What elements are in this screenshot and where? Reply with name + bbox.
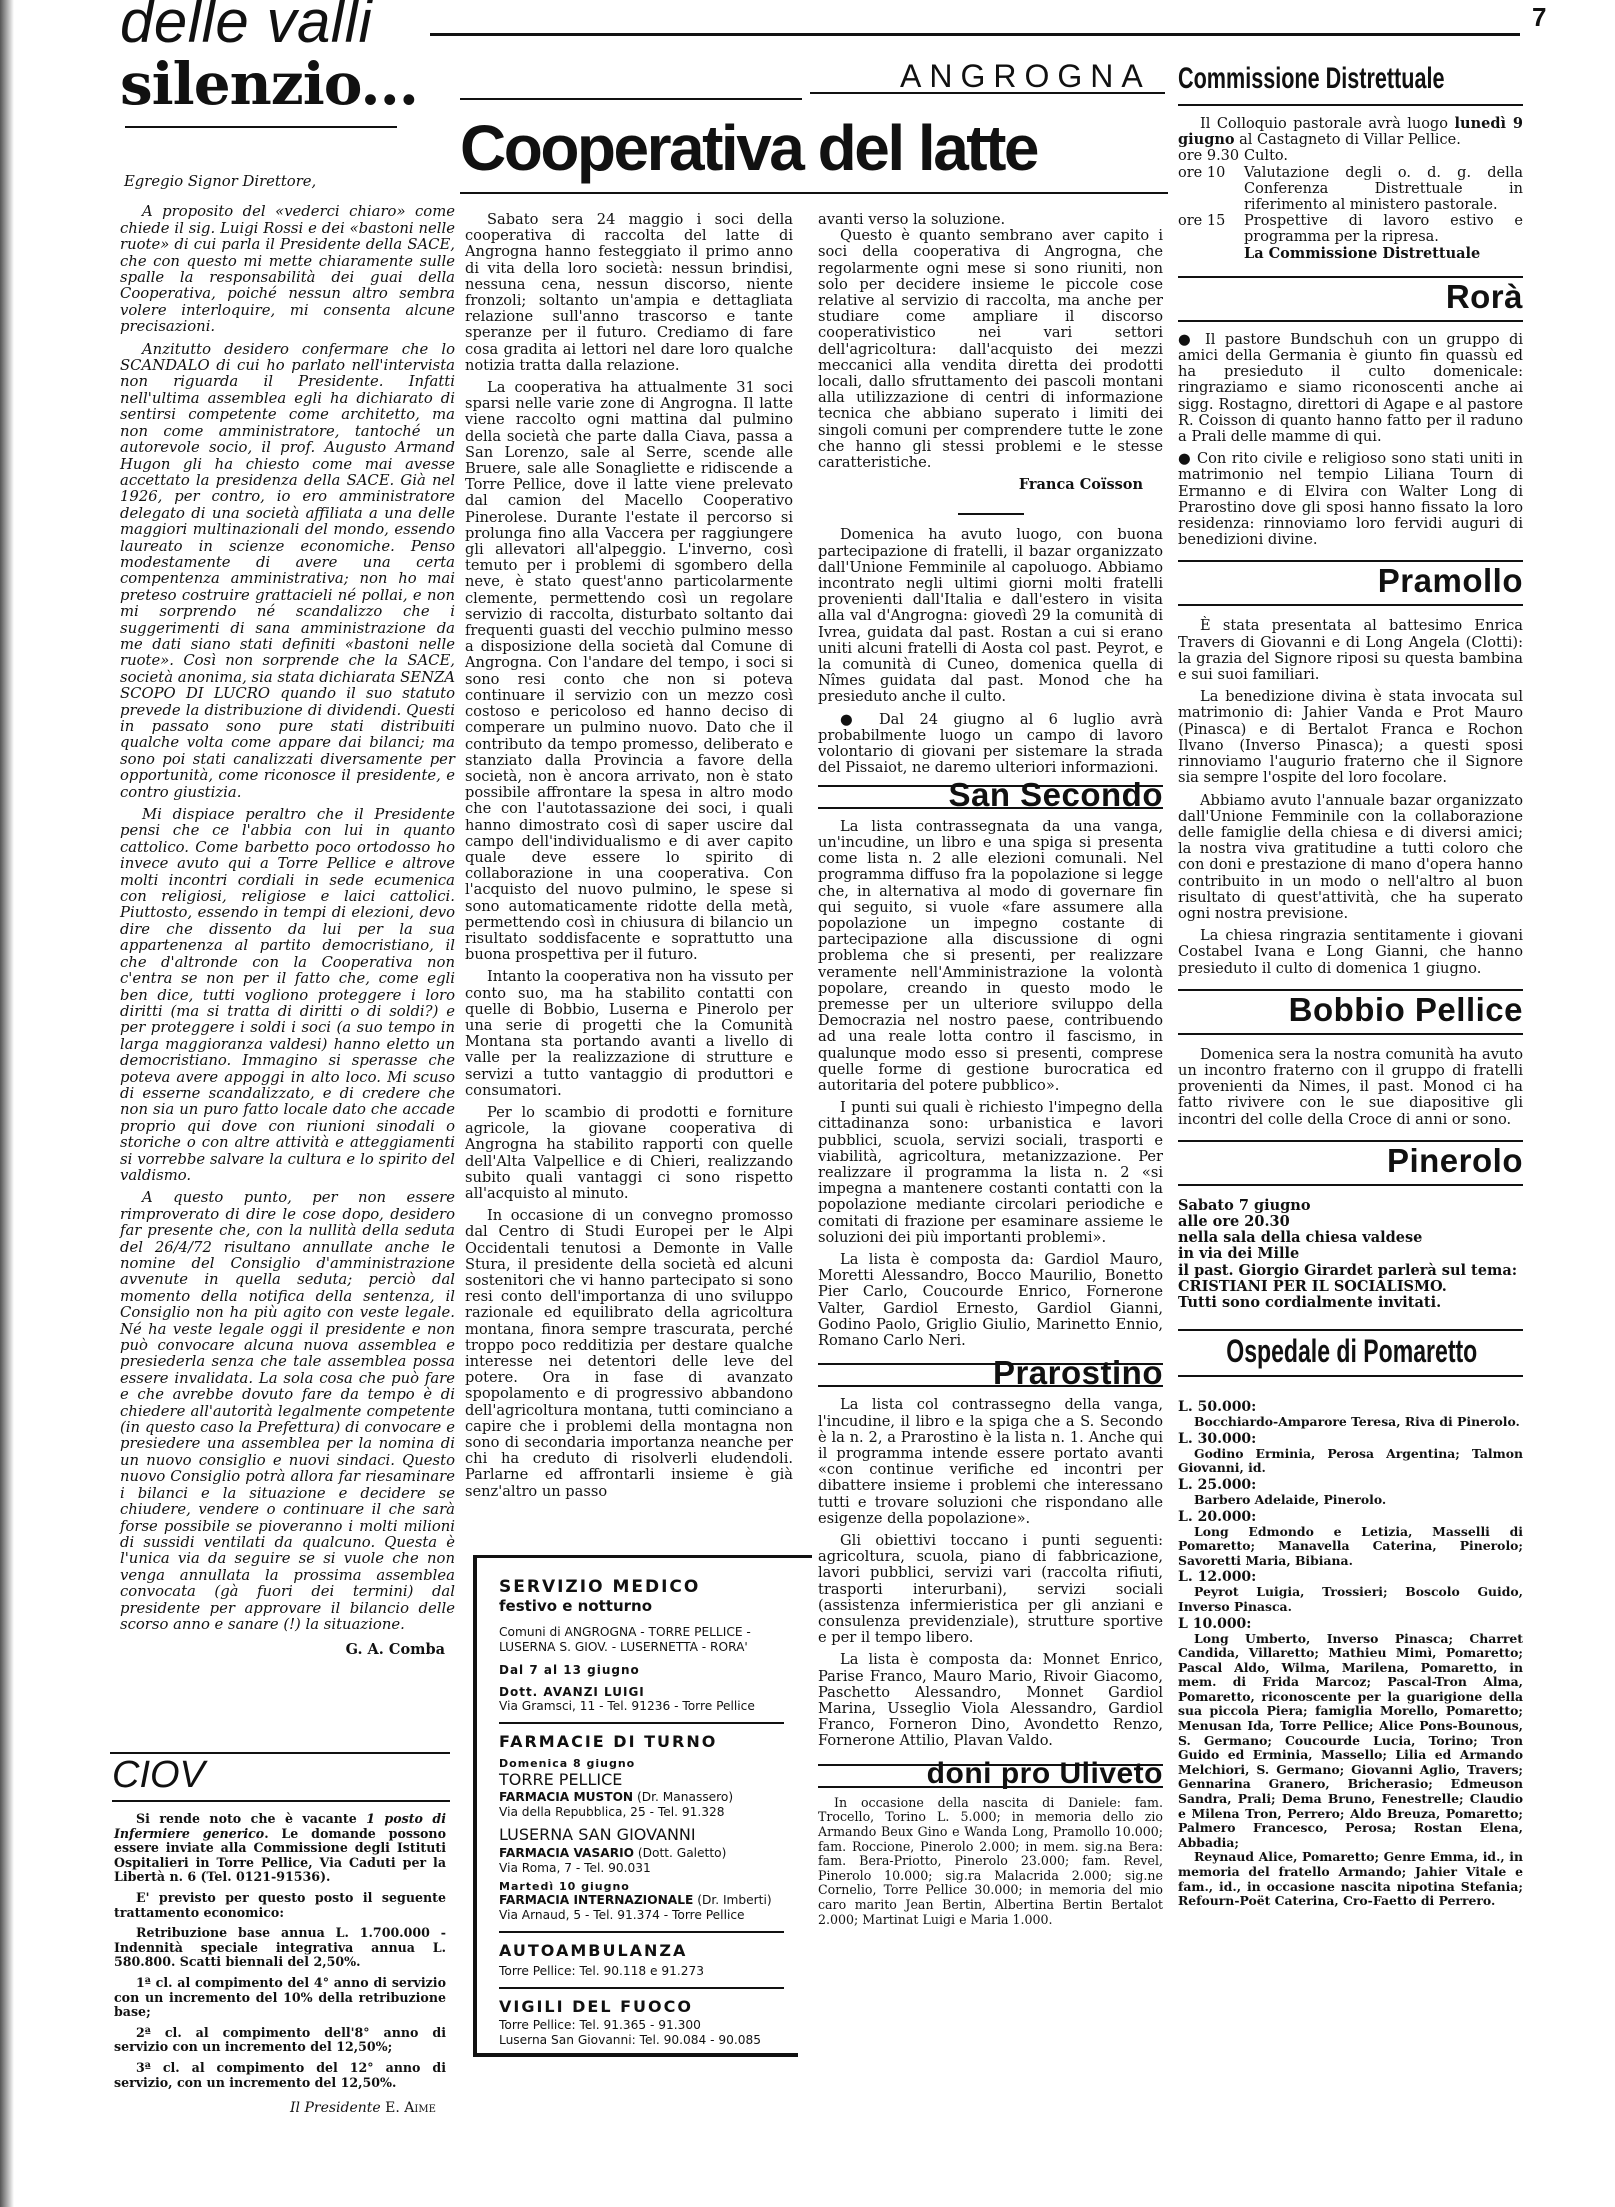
rora-title: Rorà [1178,278,1523,316]
bobbio-title: Bobbio Pellice [1178,991,1523,1029]
rora-paragraph: ● Con rito civile e religioso sono stati… [1178,451,1523,548]
schedule-time: ore 9.30 [1178,148,1244,164]
coop-column-1: Sabato sera 24 maggio i soci della coope… [465,212,793,1506]
coop-col2-start: avanti verso la soluzione. [818,212,1163,228]
pinerolo-line: in via dei Mille [1178,1246,1523,1262]
prarostino-paragraph: Gli obiettivi toccano i punti seguenti: … [818,1533,1163,1646]
letter-paragraph: Anzitutto desidero confermare che lo SCA… [120,342,455,801]
salutation: Egregio Signor Direttore, [120,174,455,190]
pharmacy-2-name: FARMACIA VASARIO [499,1846,634,1860]
ciov-paragraph: 3ª cl. al compimento del 12° anno di ser… [114,2061,446,2090]
box-doctor-address: Via Gramsci, 11 - Tel. 91236 - Torre Pel… [499,1699,798,1714]
donation-names: Godino Erminia, Perosa Argentina; Talmon… [1178,1447,1523,1476]
ciov-paragraph: E' previsto per questo posto il seguente… [114,1891,446,1920]
pramollo-paragraph: Abbiamo avuto l'annuale bazar organizzat… [1178,793,1523,923]
donation-amount: L. 12.000: [1178,1569,1523,1585]
donation-names: Barbero Adelaide, Pinerolo. [1178,1493,1523,1508]
coop-paragraph: In occasione di un convegno promosso dal… [465,1208,793,1500]
article-title-line2: silenzio... [120,52,455,116]
box-doctor: Dott. AVANZI LUIGI [499,1685,798,1699]
san-secondo-paragraph: La lista è composta da: Gardiol Mauro, M… [818,1252,1163,1349]
fire-phone-2: Luserna San Giovanni: Tel. 90.084 - 90.0… [499,2033,798,2048]
donation-names: Reynaud Alice, Pomaretto; Genre Emma, id… [1178,1850,1523,1908]
san-secondo-body: La lista contrassegnata da una vanga, un… [818,819,1163,1350]
doni-uliveto-text: In occasione della nascita di Daniele: f… [818,1796,1163,1927]
doni-uliveto-title: doni pro Uliveto [818,1766,1163,1782]
page-scan-edge [0,0,14,2207]
schedule-item: Prospettive di lavoro estivo e programma… [1244,213,1523,245]
sunday-date: Domenica 8 giugno [499,1757,798,1770]
medical-service-box: SERVIZIO MEDICO festivo e notturno Comun… [473,1555,798,2057]
ciov-paragraph: Retribuzione base annua L. 1.700.000 - I… [114,1926,446,1970]
pinerolo-line: CRISTIANI PER IL SOCIALISMO. [1178,1279,1523,1295]
fire-phone-1: Torre Pellice: Tel. 91.365 - 91.300 [499,2018,798,2033]
pramollo-body: È stata presentata al battesimo Enrica T… [1178,618,1523,976]
rora-paragraph: ● Il pastore Bundschuh con un gruppo di … [1178,332,1523,445]
donation-amount: L. 50.000: [1178,1399,1523,1415]
box-title: SERVIZIO MEDICO [499,1577,798,1597]
pinerolo-line: Tutti sono cordialmente invitati. [1178,1295,1523,1311]
pramollo-title: Pramollo [1178,562,1523,600]
coop-paragraph: Per lo scambio di prodotti e forniture a… [465,1105,793,1202]
pramollo-paragraph: È stata presentata al battesimo Enrica T… [1178,618,1523,683]
letter-body: Egregio Signor Direttore, A proposito de… [120,174,455,1633]
ciov-paragraph: 2ª cl. al compimento dell'8° anno di ser… [114,2026,446,2055]
signature: G. A. Comba [120,1641,445,1658]
coop-rule-top [460,98,802,100]
schedule-time: ore 10 [1178,165,1244,214]
tuesday-date: Martedì 10 giugno [499,1880,798,1893]
prarostino-paragraph: La lista è composta da: Monnet Enrico, P… [818,1652,1163,1749]
donation-names: Long Edmondo e Letizia, Masselli di Poma… [1178,1525,1523,1569]
pinerolo-line: alle ore 20.30 [1178,1214,1523,1230]
pharmacy-3-name: FARMACIA INTERNAZIONALE [499,1893,693,1907]
box-dates: Dal 7 al 13 giugno [499,1663,798,1677]
coop-paragraph: La cooperativa ha attualmente 31 soci sp… [465,380,793,963]
pinerolo-body: Sabato 7 giugnoalle ore 20.30nella sala … [1178,1198,1523,1311]
letter-paragraph: A proposito del «vederci chiaro» come ch… [120,204,455,335]
letter-paragraph: A questo punto, per non essere rimprover… [120,1190,455,1633]
schedule-item: Culto. [1244,148,1288,164]
pinerolo-title: Pinerolo [1178,1142,1523,1180]
angrogna-news: Domenica ha avuto luogo, con buona parte… [818,527,1163,776]
schedule-row: ore 15Prospettive di lavoro estivo e pro… [1178,213,1523,245]
commissione-signature: La Commissione Distrettuale [1178,246,1523,262]
pharmacy-1-address: Via della Repubblica, 25 - Tel. 91.328 [499,1805,798,1820]
town-2: LUSERNA SAN GIOVANNI [499,1824,798,1846]
pinerolo-line: nella sala della chiesa valdese [1178,1230,1523,1246]
bobbio-text: Domenica sera la nostra comunità ha avut… [1178,1047,1523,1128]
ciov-paragraph: 1ª cl. al compimento del 4° anno di serv… [114,1976,446,2020]
coop-paragraph: Intanto la cooperativa non ha vissuto pe… [465,969,793,1099]
news-paragraph: Domenica ha avuto luogo, con buona parte… [818,527,1163,705]
ambulance-phone: Torre Pellice: Tel. 90.118 e 91.273 [499,1964,798,1979]
letter-paragraph: Mi dispiace peraltro che il Presidente p… [120,807,455,1184]
prarostino-body: La lista col contrassegno della vanga, l… [818,1397,1163,1749]
title-rule [125,126,397,128]
schedule-row: ore 9.30Culto. [1178,148,1523,164]
box-subtitle: festivo e notturno [499,1597,798,1615]
donation-names: Long Umberto, Inverso Pinasca; Charret C… [1178,1632,1523,1851]
ambulance-title: AUTOAMBULANZA [499,1941,798,1960]
coop-signature: Franca Coïsson [818,477,1143,493]
top-rule [430,33,1520,36]
donation-amount: L. 20.000: [1178,1509,1523,1525]
pharmacies-title: FARMACIE DI TURNO [499,1732,798,1751]
donation-amount: L. 25.000: [1178,1477,1523,1493]
ospedale-donations: L. 50.000:Bocchiardo-Amparore Teresa, Ri… [1178,1399,1523,1909]
town-1: TORRE PELLICE [499,1770,798,1790]
commissione-title: Commissione Distrettuale [1178,62,1426,96]
pinerolo-line: Sabato 7 giugno [1178,1198,1523,1214]
pharmacy-3-address: Via Arnaud, 5 - Tel. 91.374 - Torre Pell… [499,1908,798,1923]
kicker-rule [810,92,1165,94]
prarostino-paragraph: La lista col contrassegno della vanga, l… [818,1397,1163,1527]
schedule-item: Valutazione degli o. d. g. della Confere… [1244,165,1523,214]
page-number: 7 [1532,2,1546,33]
coop-rule-bottom [460,192,1168,194]
pramollo-paragraph: La chiesa ringrazia sentitamente i giova… [1178,928,1523,977]
ciov-rule-bottom [112,1800,450,1802]
prarostino-title: Prarostino [818,1365,1163,1381]
fire-title: VIGILI DEL FUOCO [499,1997,798,2016]
news-paragraph: ● Dal 24 giugno al 6 luglio avrà probabi… [818,712,1163,777]
article-title-line1: delle valli [120,0,455,52]
coop-paragraph: Questo è quanto sembrano aver capito i s… [818,228,1163,471]
schedule-time: ore 15 [1178,213,1244,245]
commissione-body: Il Colloquio pastorale avrà luogo lunedì… [1178,116,1523,262]
pinerolo-line: il past. Giorgio Girardet parlerà sul te… [1178,1263,1523,1279]
donation-names: Bocchiardo-Amparore Teresa, Riva di Pine… [1178,1415,1523,1430]
right-column: Commissione Distrettuale Il Colloquio pa… [1178,62,1523,1909]
ciov-signature: Il Presidente E. Aime [290,2100,436,2116]
san-secondo-paragraph: La lista contrassegnata da una vanga, un… [818,819,1163,1094]
donation-names: Peyrot Luigia, Trossieri; Boscolo Guido,… [1178,1585,1523,1614]
pharmacy-2-address: Via Roma, 7 - Tel. 90.031 [499,1861,798,1876]
coop-column-2: avanti verso la soluzione. Questo è quan… [818,212,1163,1927]
schedule-row: ore 10Valutazione degli o. d. g. della C… [1178,165,1523,214]
schedule: ore 9.30Culto.ore 10Valutazione degli o.… [1178,148,1523,245]
san-secondo-paragraph: I punti sui quali è richiesto l'impegno … [818,1100,1163,1246]
coop-kicker: ANGROGNA [900,58,1151,95]
rora-body: ● Il pastore Bundschuh con un gruppo di … [1178,332,1523,549]
pharmacy-1-name: FARMACIA MUSTON [499,1790,633,1804]
donation-amount: L 10.000: [1178,1616,1523,1632]
coop-title: Cooperativa del latte [460,112,1037,184]
pramollo-paragraph: La benedizione divina è stata invocata s… [1178,689,1523,786]
san-secondo-title: San Secondo [818,787,1163,803]
left-article: delle valli silenzio... Egregio Signor D… [120,0,455,1658]
box-comuni: Comuni di ANGROGNA - TORRE PELLICE - LUS… [499,1625,789,1655]
ospedale-title: Ospedale di Pomaretto [1226,1331,1474,1371]
ciov-notice: Si rende noto che è vacante 1 posto di I… [114,1812,446,2096]
donation-amount: L. 30.000: [1178,1431,1523,1447]
coop-paragraph: Sabato sera 24 maggio i soci della coope… [465,212,793,374]
ciov-title: CIOV [112,1753,205,1797]
